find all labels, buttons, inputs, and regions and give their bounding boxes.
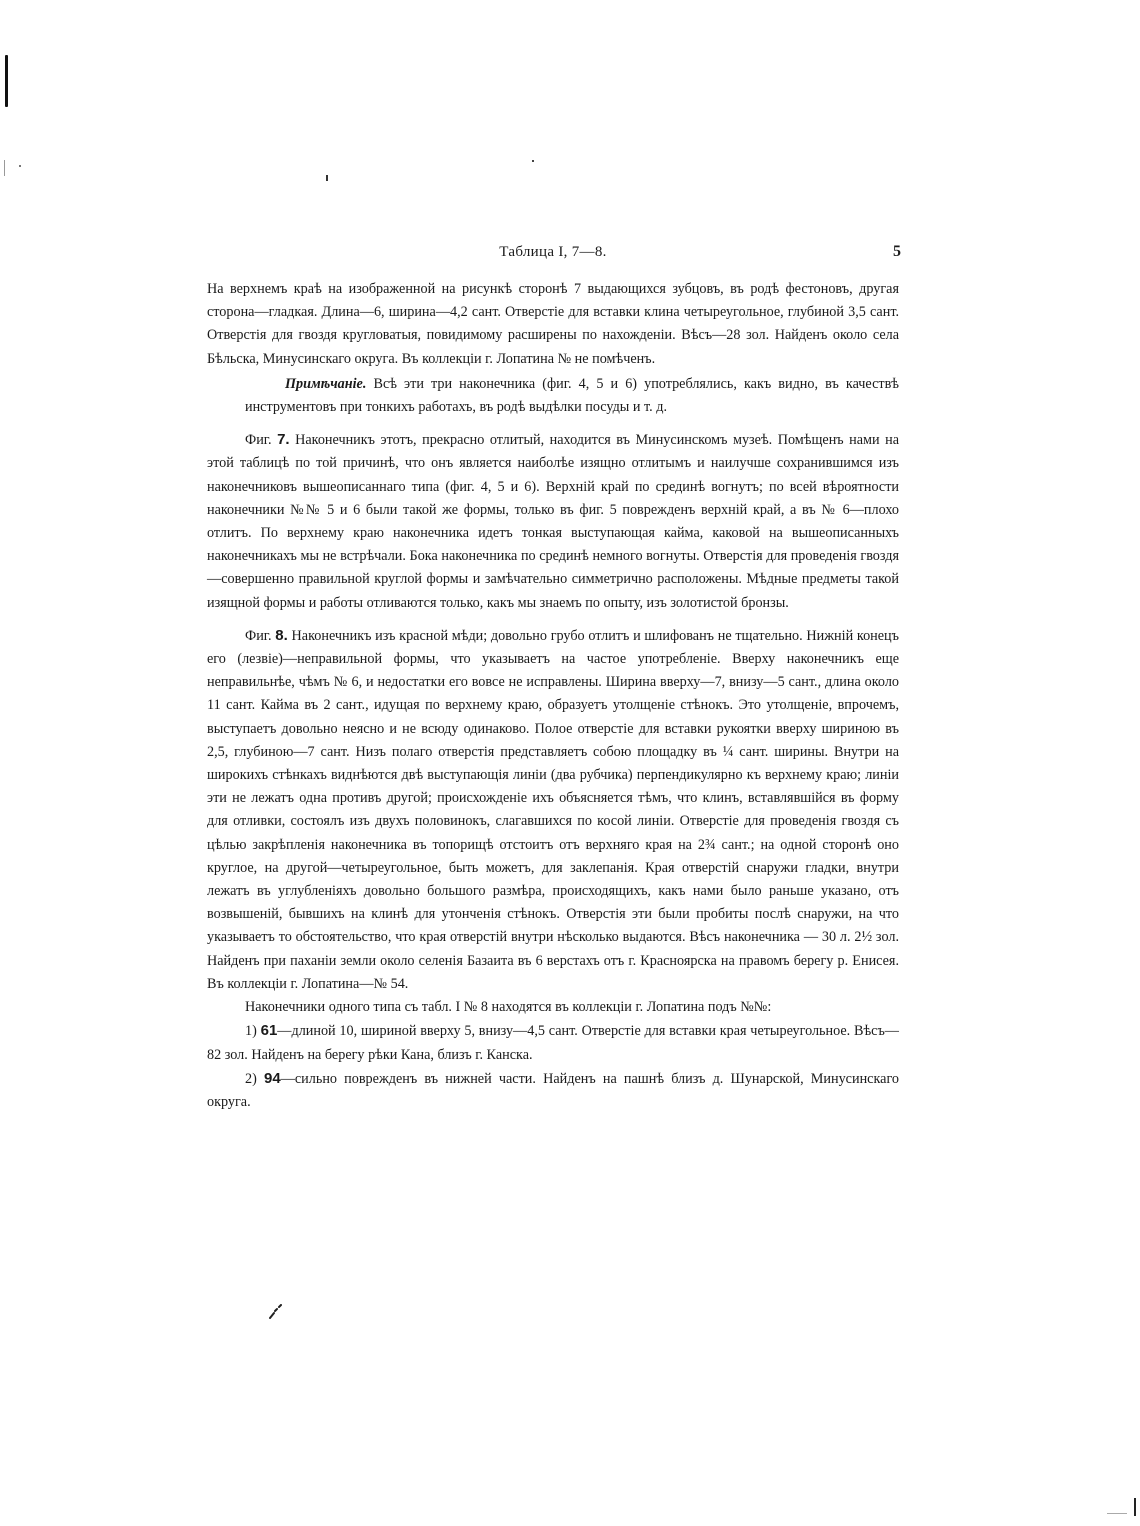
page-number: 5: [893, 243, 901, 261]
running-title: Таблица I, 7—8.: [207, 244, 899, 261]
scan-corner-line: [1107, 1513, 1127, 1514]
paragraph-continuation: На верхнемъ краѣ на изображенной на рису…: [207, 278, 899, 371]
item1-text: —длиной 10, шириной вверху 5, внизу—4,5 …: [207, 1023, 899, 1062]
fig7-number: 7.: [277, 431, 290, 448]
scan-speck: [532, 160, 534, 162]
scan-speck: [326, 175, 328, 181]
item1-prefix: 1): [245, 1023, 261, 1039]
note-label: Примѣчаніе.: [285, 376, 366, 392]
fig8-paragraph: Фиг. 8. Наконечникъ изъ красной мѣди; до…: [207, 624, 899, 996]
fig8-number: 8.: [275, 627, 288, 644]
fig7-paragraph: Фиг. 7. Наконечникъ этотъ, прекрасно отл…: [207, 428, 899, 615]
item2-text: —сильно поврежденъ въ нижней части. Найд…: [207, 1071, 899, 1110]
list-item-61: 1) 61—длиной 10, шириной вверху 5, внизу…: [207, 1019, 899, 1066]
fig8-prefix: Фиг.: [245, 628, 275, 644]
scan-margin-mark: [5, 55, 8, 107]
ink-mark-icon: [268, 1304, 282, 1320]
scan-corner-mark: [1134, 1498, 1136, 1516]
fig8-text: Наконечникъ изъ красной мѣди; довольно г…: [207, 628, 899, 992]
scan-margin-tick: [4, 160, 5, 176]
item2-prefix: 2): [245, 1071, 264, 1087]
note-paragraph: Примѣчаніе. Всѣ эти три наконечника (фиг…: [245, 373, 899, 419]
fig7-prefix: Фиг.: [245, 432, 277, 448]
list-item-94: 2) 94—сильно поврежденъ въ нижней части.…: [207, 1067, 899, 1114]
fig7-text: Наконечникъ этотъ, прекрасно отлитый, на…: [207, 432, 899, 610]
scan-speck: [19, 165, 21, 167]
item2-number: 94: [264, 1070, 281, 1087]
item1-number: 61: [261, 1022, 278, 1039]
document-page: Таблица I, 7—8. 5 На верхнемъ краѣ на из…: [207, 240, 899, 1114]
same-type-paragraph: Наконечники одного типа съ табл. I № 8 н…: [207, 996, 899, 1019]
page-header: Таблица I, 7—8. 5: [207, 240, 899, 268]
